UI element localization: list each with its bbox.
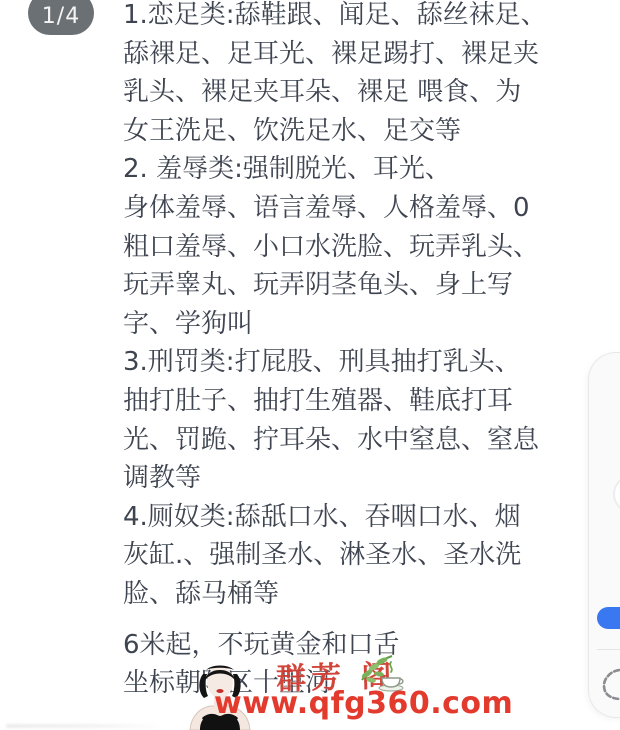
text-line: 身体羞辱、语言羞辱、人格羞辱、0 <box>123 189 543 228</box>
divider <box>597 649 620 650</box>
text-line: 字、学狗叫 <box>123 305 543 344</box>
text-line: 舔裸足、足耳光、裸足踢打、裸足夹 <box>123 35 543 74</box>
circle-button[interactable] <box>613 475 620 513</box>
text-line: 脸、舔马桶等 <box>123 575 543 614</box>
text-line: 2. 羞辱类:强制脱光、耳光、 <box>123 150 543 189</box>
service-list-text: 1.恋足类:舔鞋跟、闻足、舔丝袜足、 舔裸足、足耳光、裸足踢打、裸足夹 乳头、裸… <box>123 0 543 703</box>
overlay-card <box>588 352 620 718</box>
text-line: 调教等 <box>123 459 543 498</box>
text-line: 1.恋足类:舔鞋跟、闻足、舔丝袜足、 <box>123 0 543 35</box>
page-indicator-badge: 1/4 <box>28 0 94 35</box>
image-viewer-page: 1/4 1.恋足类:舔鞋跟、闻足、舔丝袜足、 舔裸足、足耳光、裸足踢打、裸足夹 … <box>0 0 620 730</box>
photo-edge-artifact <box>6 724 162 728</box>
text-line: 4.厕奴类:舔舐口水、吞咽口水、烟 <box>123 498 543 537</box>
text-line: 粗口羞辱、小口水洗脸、玩弄乳头、 <box>123 228 543 267</box>
text-line: 灰缸.、强制圣水、淋圣水、圣水洗 <box>123 536 543 575</box>
blue-action-button[interactable] <box>597 607 620 629</box>
text-line: 3.刑罚类:打屁股、刑具抽打乳头、 <box>123 343 543 382</box>
text-line: 抽打肚子、抽打生殖器、鞋底打耳 <box>123 382 543 421</box>
text-line: 玩弄睾丸、玩弄阴茎龟头、身上写 <box>123 266 543 305</box>
sticker-icon[interactable] <box>599 667 620 701</box>
watermark-url: www.qfg360.com <box>214 686 474 721</box>
text-line: 光、罚跪、拧耳朵、水中窒息、窒息 <box>123 421 543 460</box>
text-line: 乳头、裸足夹耳朵、裸足 喂食、为 <box>123 73 543 112</box>
service-list-paragraph: 1.恋足类:舔鞋跟、闻足、舔丝袜足、 舔裸足、足耳光、裸足踢打、裸足夹 乳头、裸… <box>123 0 543 614</box>
text-line: 女王洗足、饮洗足水、足交等 <box>123 112 543 151</box>
